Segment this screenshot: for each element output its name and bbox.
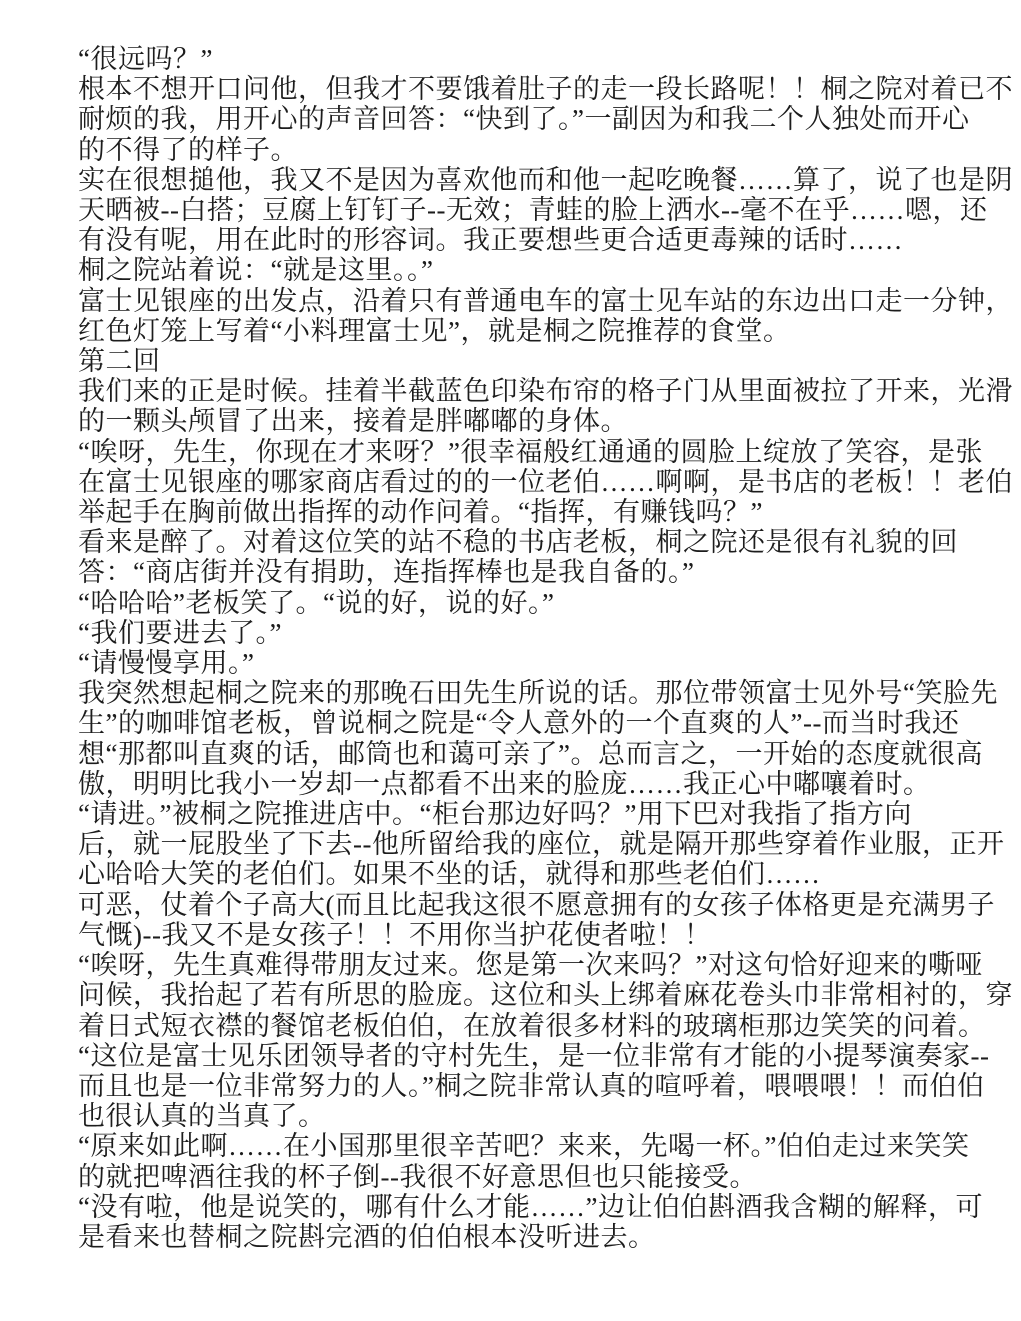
text-line: “我们要进去了。” bbox=[78, 618, 968, 648]
document-page: “很远吗？”根本不想开口问他，但我才不要饿着肚子的走一段长路呢！！桐之院对着已不… bbox=[0, 0, 1021, 1321]
text-line: “请进。”被桐之院推进店中。“柜台那边好吗？”用下巴对我指了指方向 bbox=[78, 799, 968, 829]
text-line: 的就把啤酒往我的杯子倒--我很不好意思但也只能接受。 bbox=[78, 1162, 968, 1192]
text-line: 举起手在胸前做出指挥的动作问着。“指挥，有赚钱吗？” bbox=[78, 497, 968, 527]
text-line: 答：“商店街并没有捐助，连指挥棒也是我自备的。” bbox=[78, 557, 968, 587]
text-line: 心哈哈大笑的老伯们。如果不坐的话，就得和那些老伯们…… bbox=[78, 859, 968, 889]
text-line: 着日式短衣襟的餐馆老板伯伯，在放着很多材料的玻璃柜那边笑笑的问着。 bbox=[78, 1011, 968, 1041]
text-line: 在富士见银座的哪家商店看过的的一位老伯……啊啊，是书店的老板！！老伯 bbox=[78, 467, 968, 497]
text-line: 根本不想开口问他，但我才不要饿着肚子的走一段长路呢！！桐之院对着已不 bbox=[78, 74, 968, 104]
text-line: “哈哈哈”老板笑了。“说的好，说的好。” bbox=[78, 588, 968, 618]
text-line: 天晒被--白搭；豆腐上钉钉子--无效；青蛙的脸上洒水--毫不在乎……嗯，还 bbox=[78, 195, 968, 225]
text-line: 生”的咖啡馆老板，曾说桐之院是“令人意外的一个直爽的人”--而当时我还 bbox=[78, 708, 968, 738]
text-line: “没有啦，他是说笑的，哪有什么才能……”边让伯伯斟酒我含糊的解释，可 bbox=[78, 1192, 968, 1222]
text-line: 也很认真的当真了。 bbox=[78, 1101, 968, 1131]
text-line: 后，就一屁股坐了下去--他所留给我的座位，就是隔开那些穿着作业服，正开 bbox=[78, 829, 968, 859]
text-line: “原来如此啊……在小国那里很辛苦吧？来来，先喝一杯。”伯伯走过来笑笑 bbox=[78, 1131, 968, 1161]
text-line: 可恶，仗着个子高大(而且比起我这很不愿意拥有的女孩子体格更是充满男子 bbox=[78, 890, 968, 920]
text-line: “唉呀，先生真难得带朋友过来。您是第一次来吗？”对这句恰好迎来的嘶哑 bbox=[78, 950, 968, 980]
text-line: 而且也是一位非常努力的人。”桐之院非常认真的喧呼着，喂喂喂！！而伯伯 bbox=[78, 1071, 968, 1101]
text-line: 想“那都叫直爽的话，邮筒也和蔼可亲了”。总而言之，一开始的态度就很高 bbox=[78, 739, 968, 769]
text-line: 的不得了的样子。 bbox=[78, 135, 968, 165]
text-line: 红色灯笼上写着“小料理富士见”，就是桐之院推荐的食堂。 bbox=[78, 316, 968, 346]
text-line: 气慨)--我又不是女孩子！！不用你当护花使者啦！！ bbox=[78, 920, 968, 950]
text-line: 实在很想搥他，我又不是因为喜欢他而和他一起吃晚餐……算了，说了也是阴 bbox=[78, 165, 968, 195]
text-line: 问候，我抬起了若有所思的脸庞。这位和头上绑着麻花卷头巾非常相衬的，穿 bbox=[78, 980, 968, 1010]
text-line: 有没有呢，用在此时的形容词。我正要想些更合适更毒辣的话时…… bbox=[78, 225, 968, 255]
text-line: 的一颗头颅冒了出来，接着是胖嘟嘟的身体。 bbox=[78, 406, 968, 436]
body-text: “很远吗？”根本不想开口问他，但我才不要饿着肚子的走一段长路呢！！桐之院对着已不… bbox=[78, 44, 968, 1252]
text-line: 看来是醉了。对着这位笑的站不稳的书店老板，桐之院还是很有礼貌的回 bbox=[78, 527, 968, 557]
text-line: “这位是富士见乐团领导者的守村先生，是一位非常有才能的小提琴演奏家-- bbox=[78, 1041, 968, 1071]
text-line: 耐烦的我，用开心的声音回答：“快到了。”一副因为和我二个人独处而开心 bbox=[78, 104, 968, 134]
text-line: 我们来的正是时候。挂着半截蓝色印染布帘的格子门从里面被拉了开来，光滑 bbox=[78, 376, 968, 406]
text-line: “很远吗？” bbox=[78, 44, 968, 74]
text-line: 我突然想起桐之院来的那晚石田先生所说的话。那位带领富士见外号“笑脸先 bbox=[78, 678, 968, 708]
text-line: 桐之院站着说：“就是这里。。” bbox=[78, 255, 968, 285]
text-line: 傲，明明比我小一岁却一点都看不出来的脸庞……我正心中嘟嚷着时。 bbox=[78, 769, 968, 799]
text-line: 第二回 bbox=[78, 346, 968, 376]
text-line: 是看来也替桐之院斟完酒的伯伯根本没听进去。 bbox=[78, 1222, 968, 1252]
text-line: “请慢慢享用。” bbox=[78, 648, 968, 678]
text-line: 富士见银座的出发点，沿着只有普通电车的富士见车站的东边出口走一分钟， bbox=[78, 286, 968, 316]
text-line: “唉呀，先生，你现在才来呀？”很幸福般红通通的圆脸上绽放了笑容，是张 bbox=[78, 437, 968, 467]
